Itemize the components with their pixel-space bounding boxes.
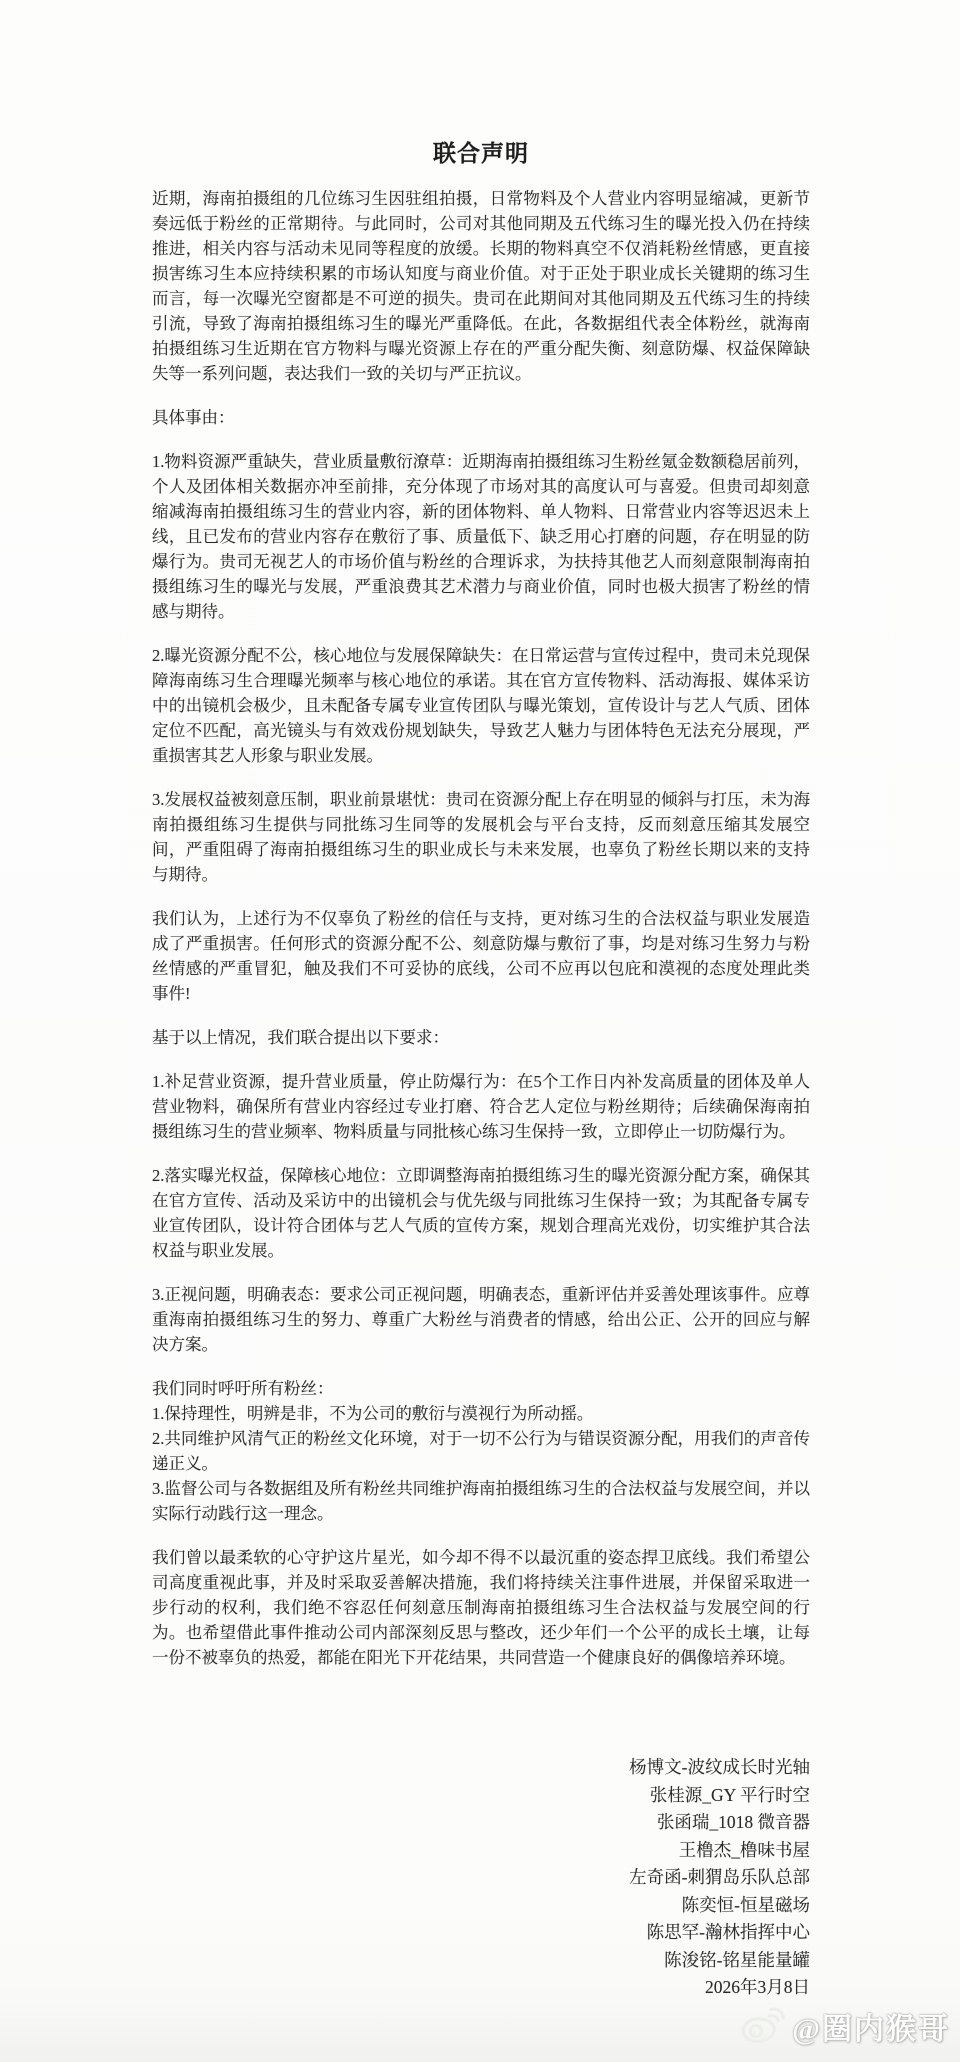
signature-list: 杨博文-波纹成长时光轴张桂源_GY 平行时空张函瑞_1018 微音器王橹杰_橹味… [152, 1754, 810, 1974]
paragraph: 我们同时呼吁所有粉丝： [152, 1376, 810, 1401]
statement-body: 近期，海南拍摄组的几位练习生因驻组拍摄，日常物料及个人营业内容明显缩减，更新节奏… [152, 186, 810, 1670]
signature-block: 杨博文-波纹成长时光轴张桂源_GY 平行时空张函瑞_1018 微音器王橹杰_橹味… [152, 1754, 810, 2002]
paragraph: 1.物料资源严重缺失，营业质量敷衍潦草：近期海南拍摄组练习生粉丝氪金数额稳居前列… [152, 449, 810, 624]
paragraph: 2.落实曝光权益，保障核心地位：立即调整海南拍摄组练习生的曝光资源分配方案，确保… [152, 1163, 810, 1263]
paragraph: 1.补足营业资源，提升营业质量，停止防爆行为：在5个工作日内补发高质量的团体及单… [152, 1069, 810, 1144]
paragraph: 2.曝光资源分配不公，核心地位与发展保障缺失：在日常运营与宣传过程中，贵司未兑现… [152, 643, 810, 768]
signature: 左奇函-刺猬岛乐队总部 [152, 1864, 810, 1892]
signature: 陈奕恒-恒星磁场 [152, 1892, 810, 1920]
signature: 王橹杰_橹味书屋 [152, 1837, 810, 1865]
paragraph: 近期，海南拍摄组的几位练习生因驻组拍摄，日常物料及个人营业内容明显缩减，更新节奏… [152, 186, 810, 386]
paragraph: 3.监督公司与各数据组及所有粉丝共同维护海南拍摄组练习生的合法权益与发展空间，并… [152, 1476, 810, 1526]
paragraph: 基于以上情况，我们联合提出以下要求： [152, 1025, 810, 1050]
signature: 陈浚铭-铭星能量罐 [152, 1947, 810, 1975]
paragraph: 我们曾以最柔软的心守护这片星光，如今却不得不以最沉重的姿态捍卫底线。我们希望公司… [152, 1545, 810, 1670]
paragraph: 我们认为，上述行为不仅辜负了粉丝的信任与支持，更对练习生的合法权益与职业发展造成… [152, 906, 810, 1006]
paragraph: 3.发展权益被刻意压制，职业前景堪忧：贵司在资源分配上存在明显的倾斜与打压，未为… [152, 787, 810, 887]
statement-title: 联合声明 [152, 135, 810, 168]
signature: 张函瑞_1018 微音器 [152, 1809, 810, 1837]
statement-date: 2026年3月8日 [152, 1974, 810, 2002]
signature: 杨博文-波纹成长时光轴 [152, 1754, 810, 1782]
joint-statement-document: 联合声明 近期，海南拍摄组的几位练习生因驻组拍摄，日常物料及个人营业内容明显缩减… [0, 0, 960, 2002]
paragraph: 2.共同维护风清气正的粉丝文化环境，对于一切不公行为与错误资源分配，用我们的声音… [152, 1426, 810, 1476]
paragraph: 3.正视问题，明确表态：要求公司正视问题，明确表态，重新评估并妥善处理该事件。应… [152, 1282, 810, 1357]
weibo-icon [739, 2007, 785, 2045]
paragraph: 具体事由： [152, 405, 810, 430]
paragraph: 1.保持理性，明辨是非，不为公司的敷衍与漠视行为所动摇。 [152, 1401, 810, 1426]
watermark: @圈内猴哥 [739, 2004, 950, 2048]
signature: 张桂源_GY 平行时空 [152, 1782, 810, 1810]
signature: 陈思罕-瀚林指挥中心 [152, 1919, 810, 1947]
watermark-handle: @圈内猴哥 [792, 2004, 950, 2048]
